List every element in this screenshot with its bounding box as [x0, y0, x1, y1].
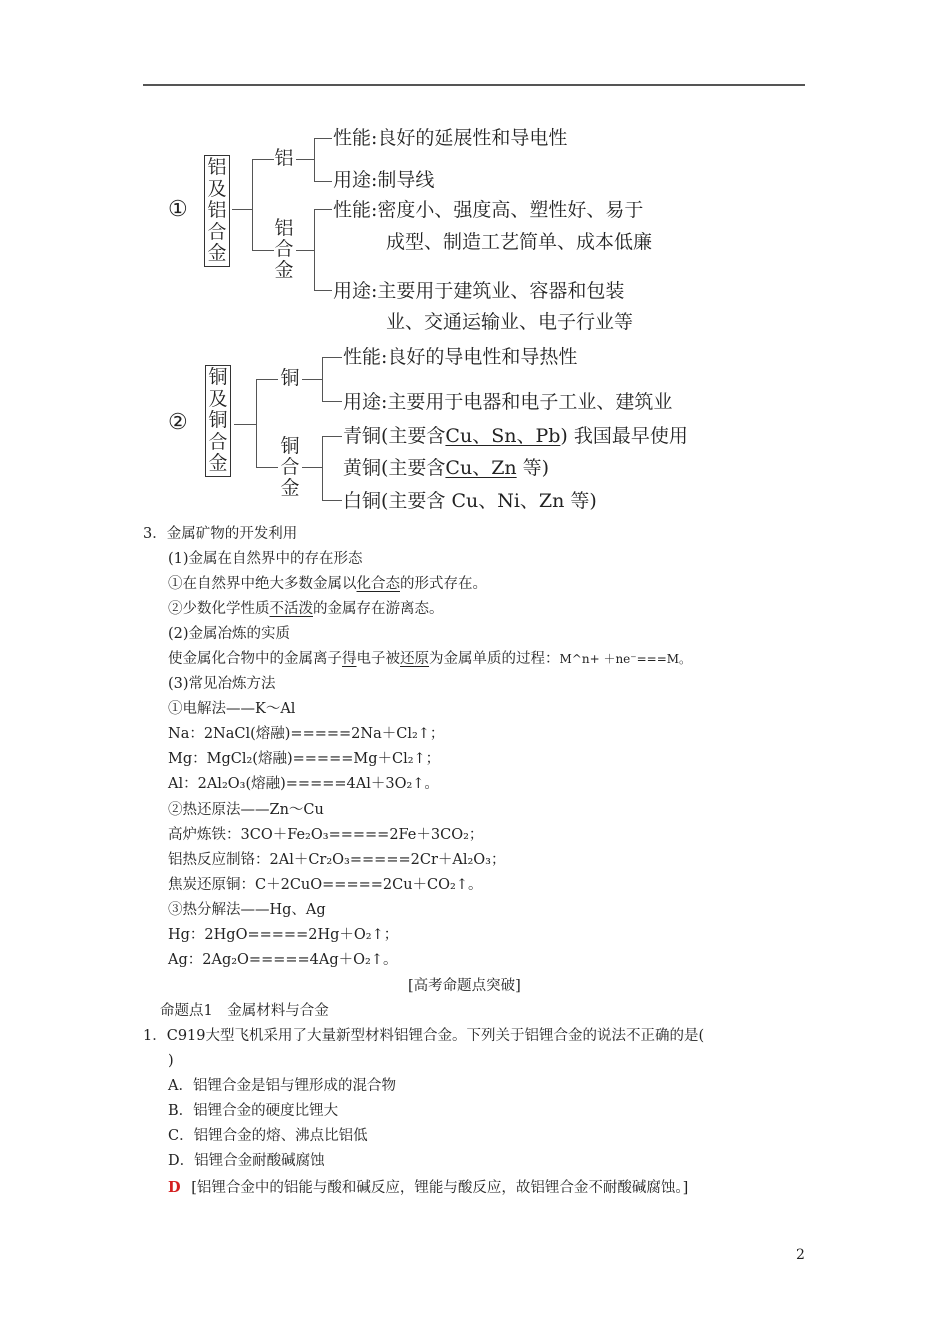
method-heading: ③热分解法——Hg、Ag: [168, 898, 326, 923]
section-banner: [高考命题点突破]: [408, 974, 521, 999]
connector: [296, 250, 314, 251]
answer-row: D [铝锂合金中的铝能与酸和碱反应，锂能与酸反应，故铝锂合金不耐酸碱腐蚀。]: [168, 1175, 688, 1201]
connector: [314, 290, 332, 291]
option-d: D．铝锂合金耐酸碱腐蚀: [168, 1149, 325, 1174]
property-row: 性能:良好的延展性和导电性: [333, 127, 567, 149]
equation: Hg：2HgO=====2Hg＋O₂↑；: [168, 923, 398, 948]
method-heading: ①电解法——K～Al: [168, 697, 295, 722]
root-box: 铝及铝合金: [204, 155, 230, 267]
alloy-item-brass: 黄铜(主要含Cu、Zn 等): [343, 457, 549, 479]
equation: 铝热反应制铬：2Al＋Cr₂O₃=====2Cr＋Al₂O₃；: [168, 848, 506, 873]
connector: [314, 138, 332, 139]
root-label: 铜及铜合金: [209, 367, 228, 475]
connector: [256, 467, 278, 468]
equation: Al：2Al₂O₃(熔融)=====4Al＋3O₂↑。: [168, 772, 439, 797]
connector: [302, 379, 322, 380]
connector: [314, 181, 332, 182]
page-number: 2: [796, 1247, 805, 1263]
property-row: 性能:密度小、强度高、塑性好、易于: [333, 199, 643, 221]
property-row: 性能:良好的导电性和导热性: [343, 346, 577, 368]
question-stem-cont: ): [168, 1049, 174, 1074]
connector: [322, 401, 342, 402]
equation: Mg：MgCl₂(熔融)=====Mg＋Cl₂↑；: [168, 747, 440, 772]
equation: 高炉炼铁：3CO＋Fe₂O₃=====2Fe＋3CO₂；: [168, 823, 483, 848]
method-heading: ②热还原法——Zn～Cu: [168, 798, 324, 823]
equation: Ag：2Ag₂O=====4Ag＋O₂↑。: [168, 948, 398, 973]
connector: [234, 424, 256, 425]
connector: [296, 159, 314, 160]
subheading: (1)金属在自然界中的存在形态: [168, 547, 363, 572]
topic-heading: 命题点1 金属材料与合金: [160, 999, 329, 1024]
branch-label: 铝合金: [272, 218, 296, 281]
branch-label: 铝: [272, 148, 296, 169]
connector: [302, 467, 322, 468]
subheading: (3)常见冶炼方法: [168, 672, 276, 697]
equation: Na：2NaCl(熔融)=====2Na＋Cl₂↑；: [168, 722, 444, 747]
property-row-cont: 成型、制造工艺简单、成本低廉: [386, 231, 652, 253]
connector: [322, 357, 342, 358]
connector: [322, 436, 342, 437]
answer-letter: D: [168, 1179, 181, 1196]
text-line: ②少数化学性质不活泼的金属存在游离态。: [168, 597, 444, 622]
diagram-marker: ②: [168, 412, 188, 434]
text-line: ①在自然界中绝大多数金属以化合态的形式存在。: [168, 572, 487, 597]
subheading: (2)金属冶炼的实质: [168, 622, 290, 647]
text-line: 使金属化合物中的金属离子得电子被还原为金属单质的过程：M^n+ ＋ne⁻===M…: [168, 647, 691, 672]
connector: [322, 500, 342, 501]
alloy-item-bronze: 青铜(主要含Cu、Sn、Pb) 我国最早使用: [343, 425, 688, 447]
section-heading: 3．金属矿物的开发利用: [143, 522, 297, 547]
diagram-marker: ①: [168, 199, 188, 221]
branch-label: 铜: [278, 368, 302, 389]
use-row: 用途:主要用于建筑业、容器和包装: [333, 280, 624, 302]
connector: [322, 436, 323, 501]
option-b: B．铝锂合金的硬度比锂大: [168, 1099, 338, 1124]
use-row: 用途:主要用于电器和电子工业、建筑业: [343, 391, 672, 413]
connector: [256, 379, 257, 468]
branch-label: 铜合金: [278, 436, 302, 499]
connector: [252, 250, 274, 251]
equation: M^n+ ＋ne⁻===M。: [560, 652, 692, 666]
use-row: 用途:制导线: [333, 169, 434, 191]
connector: [314, 209, 315, 291]
connector: [322, 357, 323, 402]
option-a: A．铝锂合金是铝与锂形成的混合物: [168, 1074, 396, 1099]
connector: [252, 159, 274, 160]
connector: [232, 209, 252, 210]
equation: 焦炭还原铜：C＋2CuO=====2Cu＋CO₂↑。: [168, 873, 483, 898]
root-box: 铜及铜合金: [205, 365, 231, 477]
question-stem: 1．C919大型飞机采用了大量新型材料铝锂合金。下列关于铝锂合金的说法不正确的是…: [143, 1024, 704, 1049]
connector: [314, 209, 332, 210]
connector: [256, 379, 278, 380]
use-row-cont: 业、交通运输业、电子行业等: [386, 311, 633, 333]
answer-explanation: [铝锂合金中的铝能与酸和碱反应，锂能与酸反应，故铝锂合金不耐酸碱腐蚀。]: [191, 1180, 688, 1196]
connector: [252, 159, 253, 251]
header-rule: [143, 84, 805, 86]
alloy-item-cupronickel: 白铜(主要含 Cu、Ni、Zn 等): [343, 490, 597, 512]
connector: [314, 138, 315, 182]
option-c: C．铝锂合金的熔、沸点比铝低: [168, 1124, 368, 1149]
root-label: 铝及铝合金: [208, 157, 227, 265]
